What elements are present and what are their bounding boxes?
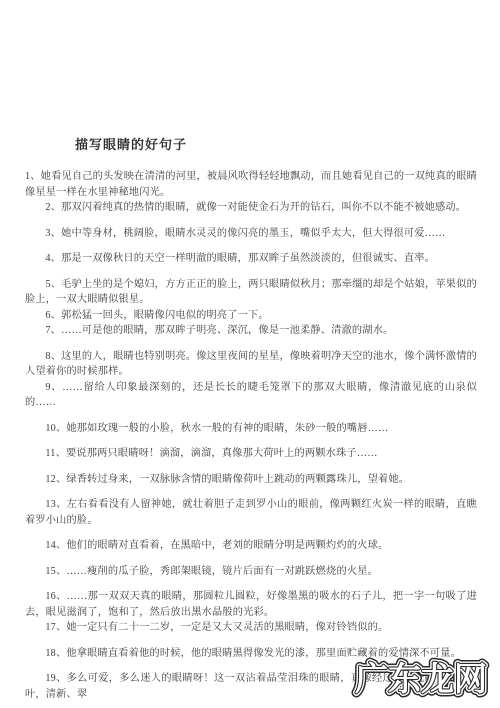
sentence-item-13: 13、左右看看没有人留神她，就壮着胆子走到罗小山的眼前，像两颗红火炭一样的眼睛，… [25, 497, 477, 528]
sentence-item-12: 12、绿香转过身来，一双脉脉含情的眼睛像荷叶上跳动的两颗露珠儿，望着她。 [25, 472, 477, 488]
sentence-item-4: 4、那是一双像秋日的天空一样明澈的眼睛，那双眸子虽然淡淡的，但很诚实、直率。 [25, 251, 477, 267]
sentence-item-14: 14、他们的眼睛对直看着，在黑暗中，老刘的眼睛分明是两颗灼灼的火球。 [25, 538, 477, 554]
sentence-item-3: 3、她中等身材，桃阔脸，眼睛水灵灵的像闪亮的墨玉，嘴似乎太大，但大得很可爱…… [25, 226, 477, 242]
sentence-item-10: 10、她那如玫瑰一般的小脸，秋水一般的有神的眼睛，朱砂一般的嘴唇…… [25, 421, 477, 437]
sentence-item-7: 7、……可是他的眼睛，那双眸子明亮、深沉，像是一池柔静、清澈的湖水。 [25, 323, 477, 339]
sentence-item-8: 8、这里的人，眼睛也特别明亮。像这里夜间的星星，像映着明净天空的池水，像个满怀激… [25, 349, 477, 380]
watermark-text: 广东龙网 [355, 659, 487, 698]
sentence-item-15: 15、……瘦削的瓜子脸，秀郎架眼镜，镜片后面有一对跳跃燃烧的火星。 [25, 564, 477, 580]
sentence-item-1: 1、她看见自己的头发映在清清的河里，被晨风吹得轻轻地飘动，而且她看见自己的一双纯… [25, 169, 477, 200]
sentence-item-11: 11、要说那两只眼睛呀！滴溜，滴溜，真像那大荷叶上的两颗水珠子…… [25, 446, 477, 462]
sentence-item-16: 16、……那一双双天真的眼睛，那圆粒儿圆粒，好像墨黑的吸水的石子儿，把一字一句吸… [25, 589, 477, 620]
sentence-item-17: 17、她一定只有二十一二岁，一定是又大又灵活的黑眼睛，像对铃铛似的。 [25, 620, 477, 636]
document-page: 描写眼睛的好句子 1、她看见自己的头发映在清清的河里，被晨风吹得轻轻地飘动，而且… [0, 0, 500, 708]
sentence-item-2: 2、那双闪着纯真的热情的眼睛，就像一对能使金石为开的钻石，叫你不以不能不被她感动… [25, 200, 477, 216]
sentence-item-5: 5、毛驴上坐的是个媳妇，方方正正的脸上，两只眼睛似秋月；那牵缰的却是个姑娘，苹果… [25, 277, 477, 308]
sentence-item-6: 6、郭松猛一回头，眼睛像闪电似的明亮了一下。 [25, 308, 477, 324]
sentence-item-9: 9、……留给人印象最深刻的，还是长长的睫毛笼罩下的那双大眼睛，像清澈见底的山泉似… [25, 380, 477, 411]
site-watermark: 广东龙网 广东龙网 广东龙网 [346, 652, 496, 704]
page-title: 描写眼睛的好句子 [75, 137, 477, 153]
